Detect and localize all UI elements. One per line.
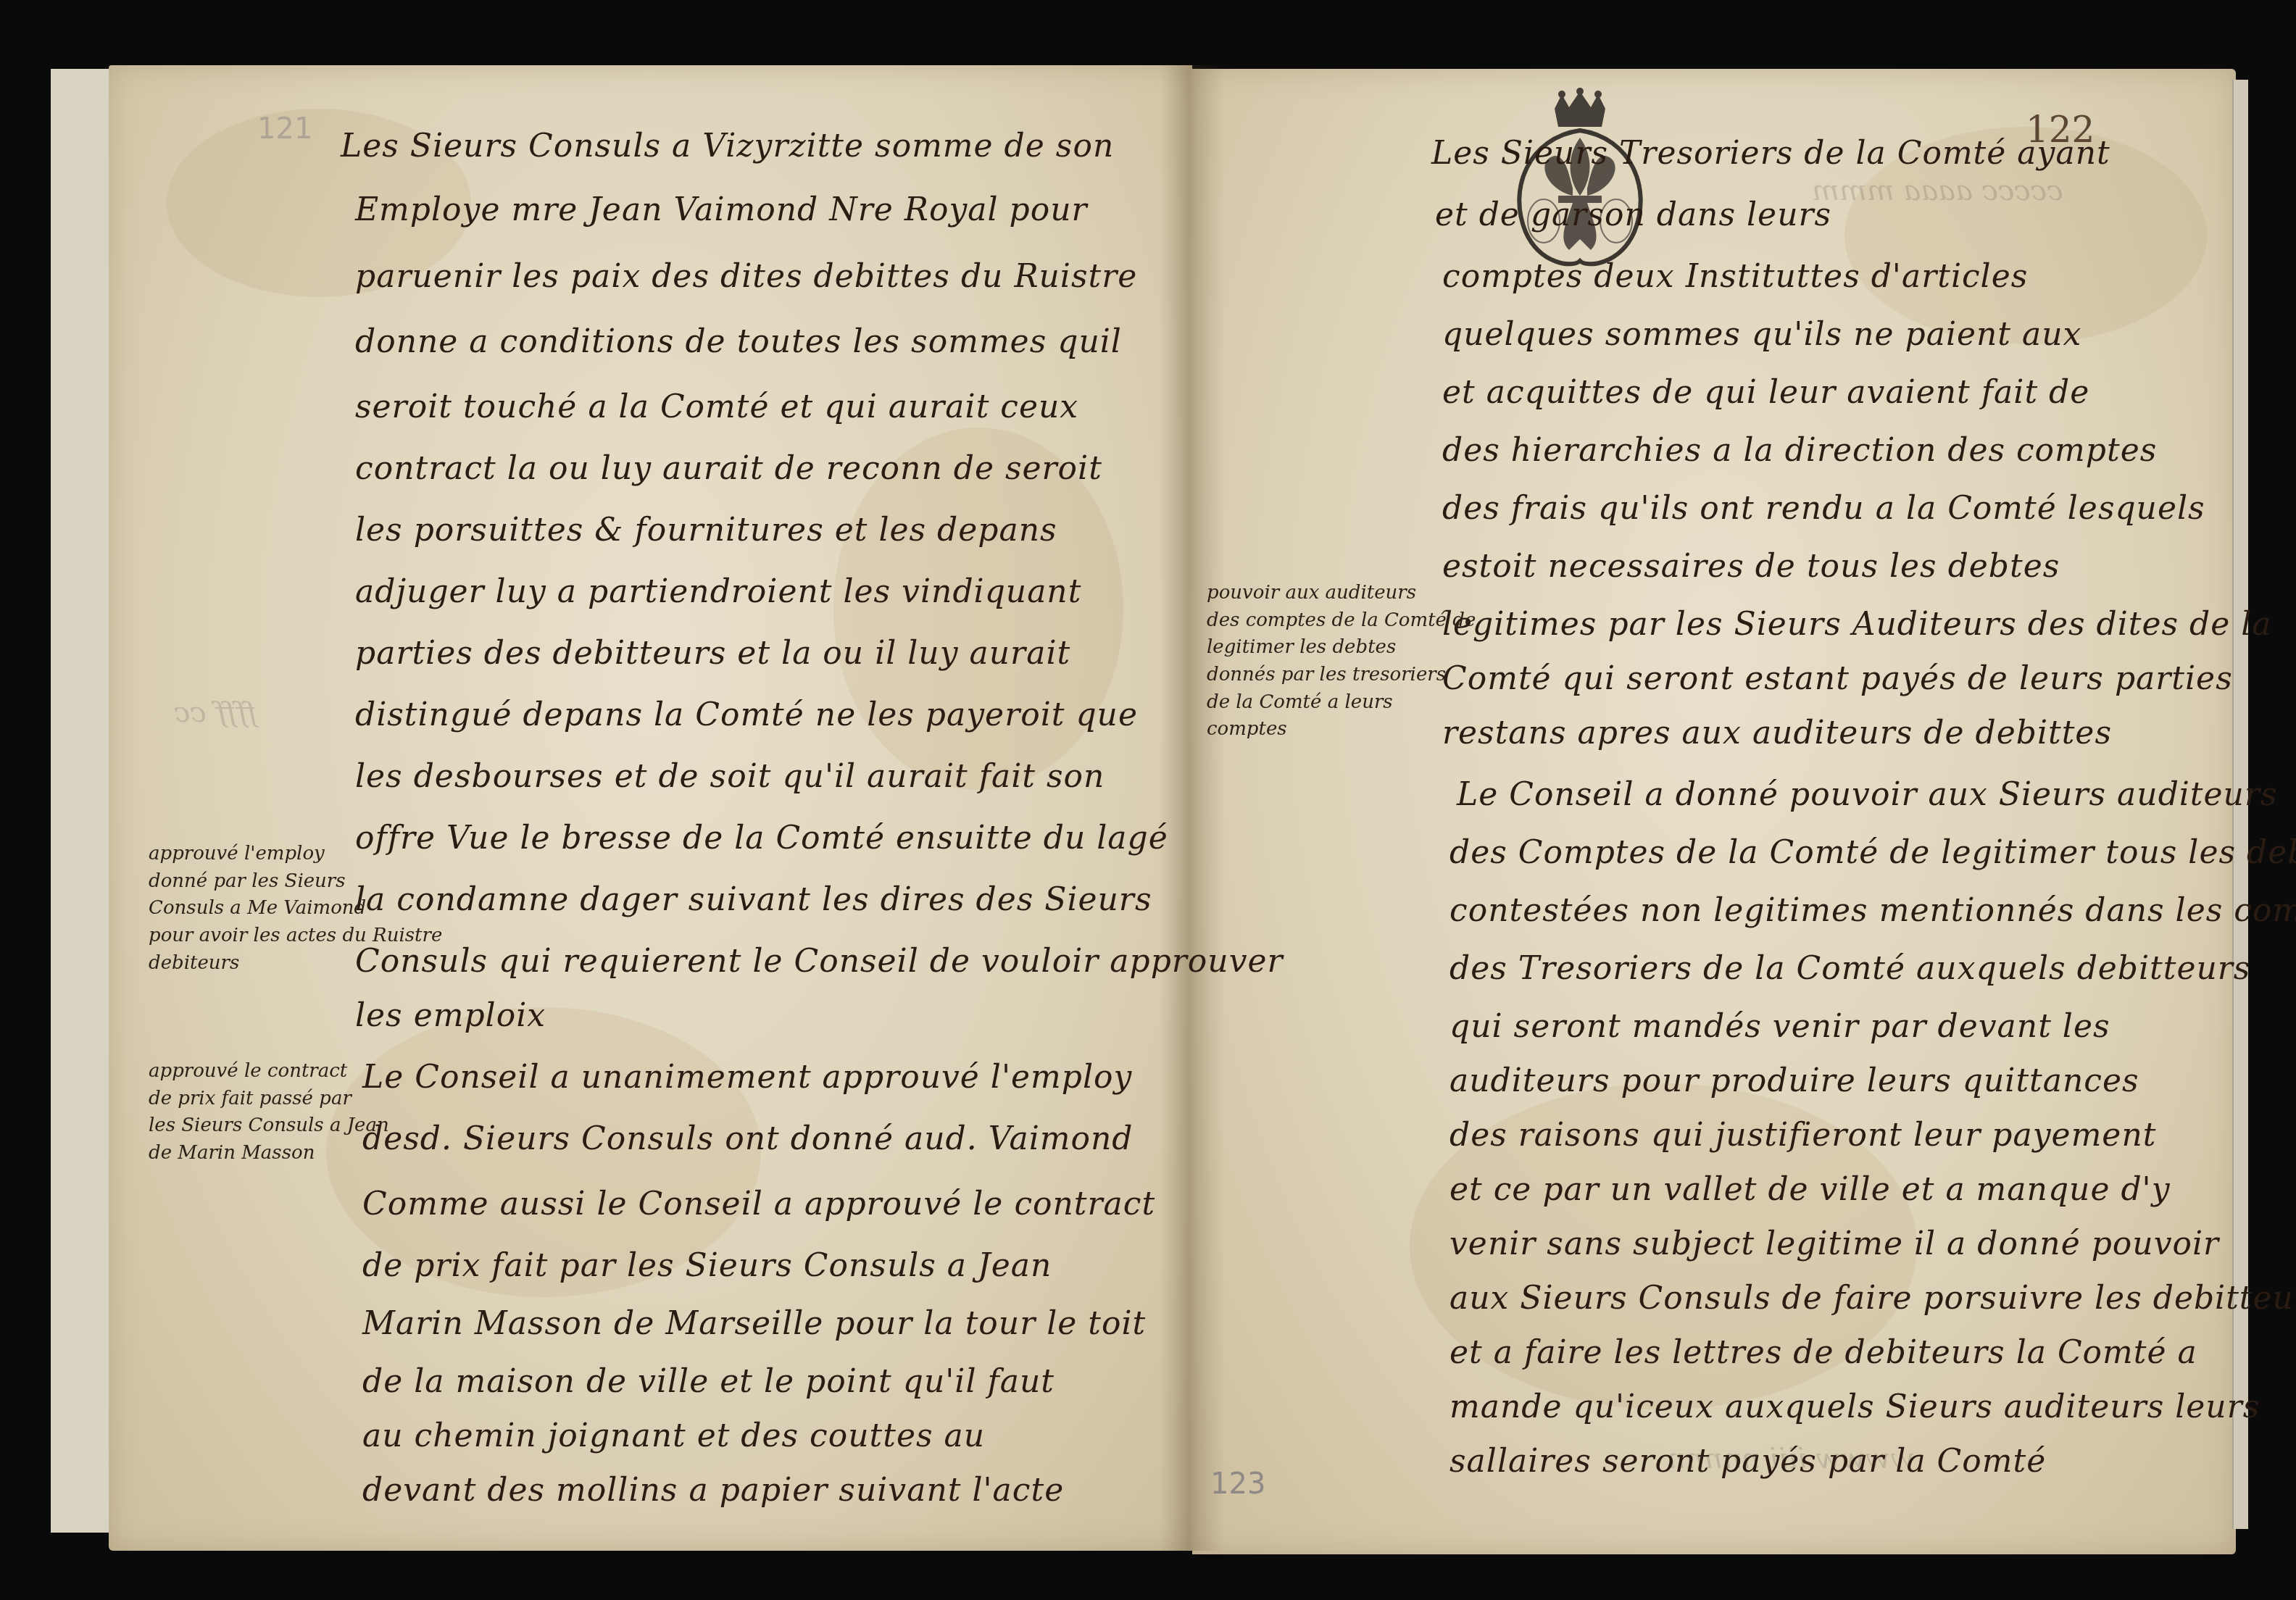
text-line: Employe mre Jean Vaimond Nre Royal pour: [355, 194, 1088, 226]
text-line: sallaires seront payés par la Comté: [1449, 1446, 2046, 1478]
text-line: Comté qui seront estant payés de leurs p…: [1442, 663, 2233, 695]
margin-note-auditors: pouvoir aux auditeurs des comptes de la …: [1207, 580, 1476, 743]
book-spine-gutter: [1160, 65, 1225, 1551]
text-line: comptes deux Instituttes d'articles: [1442, 261, 2028, 293]
text-line: des Tresoriers de la Comté auxquels debi…: [1449, 953, 2250, 985]
text-line: donne a conditions de toutes les sommes …: [355, 326, 1122, 358]
text-line: et ce par un vallet de ville et a manque…: [1449, 1174, 2171, 1206]
text-line: les porsuittes & fournitures et les depa…: [355, 514, 1057, 546]
text-line: les desbourses et de soit qu'il aurait f…: [355, 761, 1105, 793]
text-line: mande qu'iceux auxquels Sieurs auditeurs…: [1449, 1391, 2260, 1423]
text-line: adjuger luy a partiendroient les vindiqu…: [355, 576, 1081, 608]
text-line: offre Vue le bresse de la Comté ensuitte…: [355, 822, 1168, 854]
text-line: Les Sieurs Consuls a Vizyrzitte somme de…: [341, 130, 1114, 162]
text-line: Le Conseil a donné pouvoir aux Sieurs au…: [1457, 779, 2278, 811]
text-line: Les Sieurs Tresoriers de la Comté ayant: [1431, 138, 2110, 170]
text-line: auditeurs pour produire leurs quittances: [1449, 1065, 2139, 1097]
text-line: Comme aussi le Conseil a approuvé le con…: [362, 1188, 1155, 1220]
text-line: Le Conseil a unanimement approuvé l'empl…: [362, 1062, 1132, 1093]
text-line: legitimes par les Sieurs Auditeurs des d…: [1442, 609, 2272, 641]
text-line: des raisons qui justifieront leur payeme…: [1449, 1120, 2156, 1151]
text-line: qui seront mandés venir par devant les: [1449, 1011, 2110, 1043]
text-line: quelques sommes qu'ils ne paient aux: [1442, 319, 2081, 351]
text-line: et acquittes de qui leur avaient fait de: [1442, 377, 2089, 409]
page-stack-edges: [51, 69, 116, 1533]
text-line: contract la ou luy aurait de reconn de s…: [355, 453, 1102, 485]
text-line: aux Sieurs Consuls de faire porsuivre le…: [1449, 1283, 2296, 1314]
text-line: au chemin joignant et des couttes au: [362, 1420, 985, 1452]
bleed-through: ffff cc: [174, 696, 257, 729]
text-line: et a faire les lettres de debiteurs la C…: [1449, 1337, 2197, 1369]
text-line: Marin Masson de Marseille pour la tour l…: [362, 1308, 1146, 1340]
text-line: paruenir les paix des dites debittes du …: [355, 261, 1137, 293]
text-line: de prix fait par les Sieurs Consuls a Je…: [362, 1250, 1052, 1282]
text-line: de la maison de ville et le point qu'il …: [362, 1366, 1055, 1398]
text-line: seroit touché a la Comté et qui aurait c…: [355, 391, 1078, 423]
text-line: des Comptes de la Comté de legitimer tou…: [1449, 837, 2296, 869]
text-line: et de garson dans leurs: [1435, 199, 1831, 231]
text-line: Consuls qui requierent le Conseil de vou…: [355, 946, 1284, 978]
folio-faint-left: 121: [257, 112, 312, 146]
margin-note-contract: approuvé le contract de prix fait passé …: [149, 1058, 389, 1167]
text-line: distingué depans la Comté ne les payeroi…: [355, 699, 1138, 731]
text-line: devant des mollins a papier suivant l'ac…: [362, 1475, 1064, 1507]
text-line: estoit necessaires de tous les debtes: [1442, 551, 2060, 583]
crowned-fleur-de-lis-stamp-icon: [1486, 87, 1674, 275]
text-line: contestées non legitimes mentionnés dans…: [1449, 895, 2296, 927]
folio-pencil-bottom: 123: [1210, 1467, 1265, 1501]
text-line: la condamne dager suivant les dires des …: [355, 884, 1152, 916]
text-line: les emploix: [355, 1000, 546, 1032]
text-line: des frais qu'ils ont rendu a la Comté le…: [1442, 493, 2205, 525]
text-line: parties des debitteurs et la ou il luy a…: [355, 638, 1070, 670]
text-line: venir sans subject legitime il a donné p…: [1449, 1228, 2219, 1260]
text-line: desd. Sieurs Consuls ont donné aud. Vaim…: [362, 1123, 1134, 1155]
text-line: des hierarchies a la direction des compt…: [1442, 435, 2157, 467]
bleed-through: ccccc aaaa mmm: [1812, 174, 2063, 207]
text-line: restans apres aux auditeurs de debittes: [1442, 717, 2112, 749]
margin-note-approval: approuvé l'employ donné par les Sieurs C…: [149, 841, 442, 977]
